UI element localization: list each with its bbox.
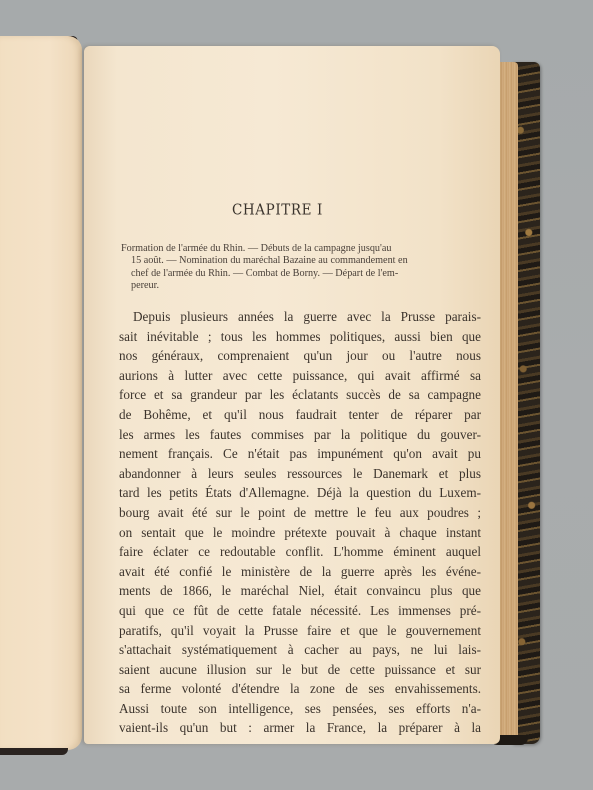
summary-line: pereur. xyxy=(121,280,481,292)
body-line: sait inévitable ; tous les hommes politi… xyxy=(119,327,481,347)
body-line: sa ferme volonté d'étendre la zone de se… xyxy=(119,679,481,699)
body-line: nement français. Ce n'était pas impunéme… xyxy=(119,444,481,464)
body-line: Depuis plusieurs années la guerre avec l… xyxy=(119,307,481,327)
summary-line: Formation de l'armée du Rhin. — Débuts d… xyxy=(121,243,481,255)
body-line: aurions à lutter avec cette puissance, q… xyxy=(119,366,481,386)
body-line: saient aucune illusion sur le but de cet… xyxy=(119,660,481,680)
body-line: Aussi toute son intelligence, ses pensée… xyxy=(119,699,481,719)
page-stack-edge xyxy=(498,62,518,740)
body-line: force et sa grandeur par les éclatants s… xyxy=(119,385,481,405)
body-text: Depuis plusieurs années la guerre avec l… xyxy=(119,307,481,738)
body-line: nos généraux, comprenaient qu'un jour ou… xyxy=(119,346,481,366)
body-line: paratifs, qu'il voyait la Prusse faire e… xyxy=(119,621,481,641)
body-line: ments de 1866, le maréchal Niel, était c… xyxy=(119,581,481,601)
body-line: vaient-ils qu'un but : armer la France, … xyxy=(119,718,481,738)
summary-line: chef de l'armée du Rhin. — Combat de Bor… xyxy=(121,268,481,280)
book-photo: CHAPITRE I Formation de l'armée du Rhin.… xyxy=(0,0,593,790)
chapter-summary: Formation de l'armée du Rhin. — Débuts d… xyxy=(121,243,481,292)
body-line: tard les petits États d'Allemagne. Déjà … xyxy=(119,483,481,503)
summary-line: 15 août. — Nomination du maréchal Bazain… xyxy=(121,255,481,267)
chapter-title: CHAPITRE I xyxy=(232,201,372,219)
body-line: qui que ce fût de cette fatale nécessité… xyxy=(119,601,481,621)
body-line: avait été confié le ministère de la guer… xyxy=(119,562,481,582)
left-page xyxy=(0,36,82,750)
body-line: les armes les fautes commises par la pol… xyxy=(119,425,481,445)
body-line: faire éclater ce redoutable conflit. L'h… xyxy=(119,542,481,562)
body-line: bourg avait été sur le point de mettre l… xyxy=(119,503,481,523)
body-line: abandonner à leurs seules ressources le … xyxy=(119,464,481,484)
body-line: on sentait que le moindre prétexte pouva… xyxy=(119,523,481,543)
body-line: s'attachait systématiquement à cacher au… xyxy=(119,640,481,660)
left-cover-edge-bottom xyxy=(0,748,68,755)
body-line: de Bohême, et qu'il nous faudrait tenter… xyxy=(119,405,481,425)
